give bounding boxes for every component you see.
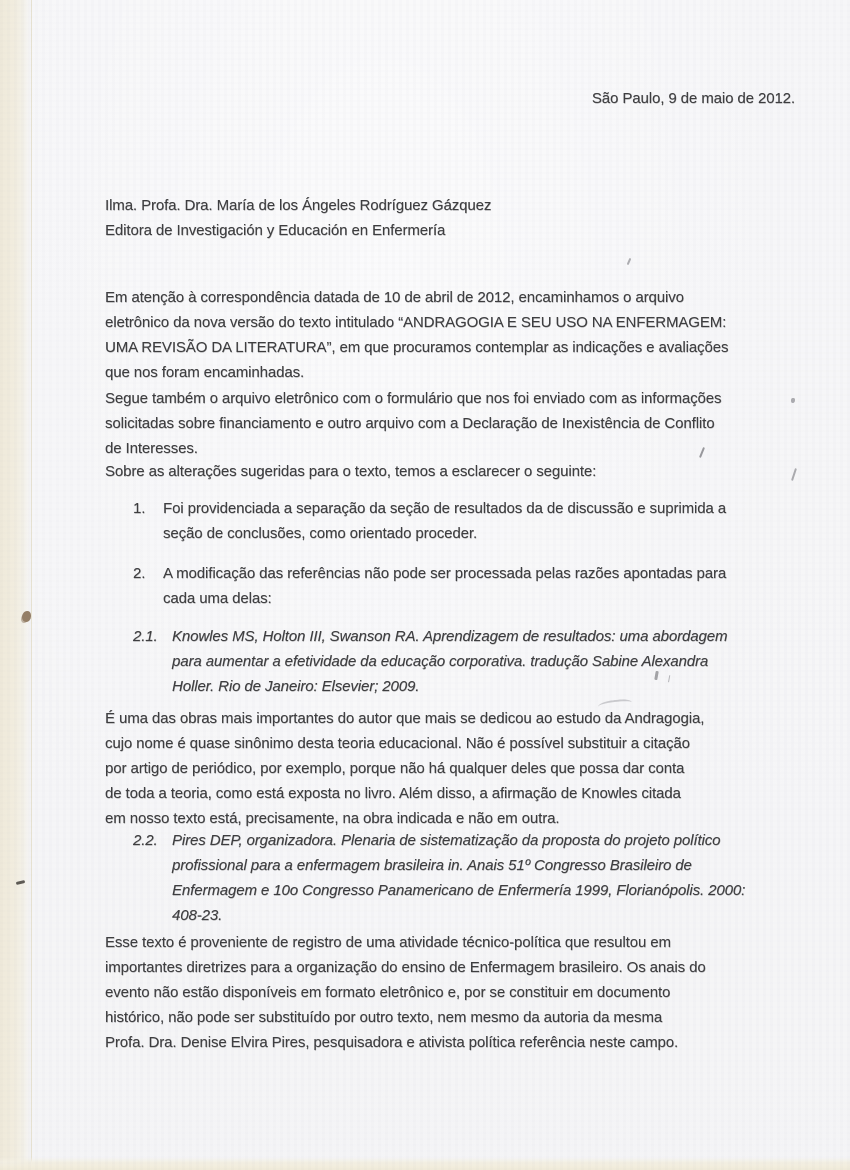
- list-item-1-text: Foi providenciada a separação da seção d…: [163, 496, 726, 546]
- scan-speck: [791, 398, 795, 403]
- reference-item-2-2-number: 2.2.: [133, 828, 172, 853]
- list-item-2: 2. A modificação das referências não pod…: [133, 561, 726, 611]
- scan-edge-left: [0, 0, 32, 1170]
- scanned-letter-page: São Paulo, 9 de maio de 2012. Ilma. Prof…: [0, 0, 850, 1170]
- reference-item-2-1-number: 2.1.: [133, 624, 172, 649]
- scan-edge-bottom: [0, 1157, 850, 1170]
- reference-item-2-2-text: Pires DEP, organizadora. Plenaria de sis…: [172, 828, 745, 928]
- list-item-2-text: A modificação das referências não pode s…: [163, 561, 726, 611]
- paragraph-attachments: Segue também o arquivo eletrônico com o …: [105, 386, 721, 461]
- paragraph-reference-2-1-justification: É uma das obras mais importantes do auto…: [105, 706, 704, 831]
- paragraph-reference-2-2-justification: Esse texto é proveniente de registro de …: [105, 930, 706, 1055]
- reference-item-2-1: 2.1. Knowles MS, Holton III, Swanson RA.…: [133, 624, 727, 699]
- scan-speck: [791, 468, 797, 481]
- date-line: São Paulo, 9 de maio de 2012.: [592, 86, 795, 111]
- paragraph-intro: Em atenção à correspondência datada de 1…: [105, 285, 728, 385]
- scan-speck: [627, 258, 632, 265]
- reference-item-2-1-text: Knowles MS, Holton III, Swanson RA. Apre…: [172, 624, 727, 699]
- list-item-1-number: 1.: [133, 496, 163, 521]
- list-item-1: 1. Foi providenciada a separação da seçã…: [133, 496, 726, 546]
- reference-item-2-2: 2.2. Pires DEP, organizadora. Plenaria d…: [133, 828, 745, 928]
- recipient-block: Ilma. Profa. Dra. María de los Ángeles R…: [105, 193, 491, 243]
- list-item-2-number: 2.: [133, 561, 163, 586]
- paragraph-clarifications-lead: Sobre as alterações sugeridas para o tex…: [105, 459, 596, 484]
